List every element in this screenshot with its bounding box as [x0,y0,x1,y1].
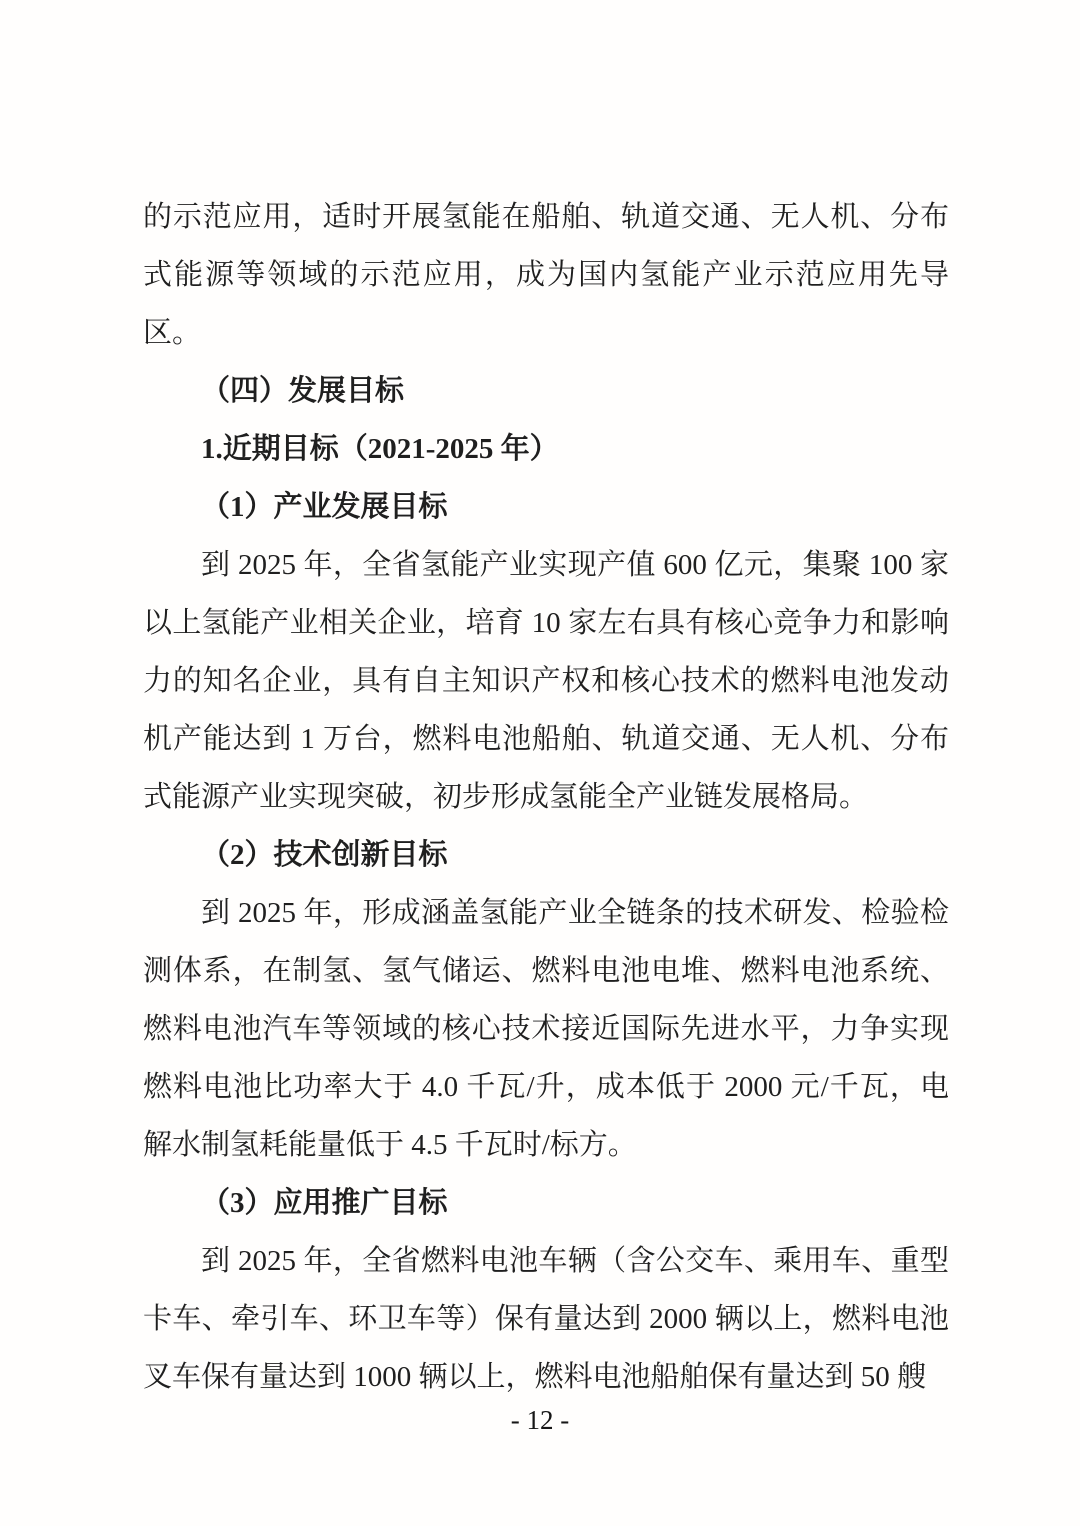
item-heading-industry-development-goal: （1）产业发展目标 [143,478,949,536]
paragraph-technology-innovation-goal: 到 2025 年，形成涵盖氢能产业全链条的技术研发、检验检测体系，在制氢、氢气储… [143,884,949,1174]
section-heading-development-goals: （四）发展目标 [143,362,949,420]
subsection-heading-near-term-goals: 1.近期目标（2021-2025 年） [143,420,949,478]
paragraph-application-promotion-goal: 到 2025 年，全省燃料电池车辆（含公交车、乘用车、重型卡车、牵引车、环卫车等… [143,1232,949,1406]
item-heading-technology-innovation-goal: （2）技术创新目标 [143,826,949,884]
page-number: - 12 - [0,1400,1080,1440]
paragraph-continued-from-previous-page: 的示范应用，适时开展氢能在船舶、轨道交通、无人机、分布式能源等领域的示范应用，成… [143,188,949,362]
page-body-text: 的示范应用，适时开展氢能在船舶、轨道交通、无人机、分布式能源等领域的示范应用，成… [143,188,949,1406]
item-heading-application-promotion-goal: （3）应用推广目标 [143,1174,949,1232]
document-page: 的示范应用，适时开展氢能在船舶、轨道交通、无人机、分布式能源等领域的示范应用，成… [0,0,1080,1526]
paragraph-industry-development-goal: 到 2025 年，全省氢能产业实现产值 600 亿元，集聚 100 家以上氢能产… [143,536,949,826]
